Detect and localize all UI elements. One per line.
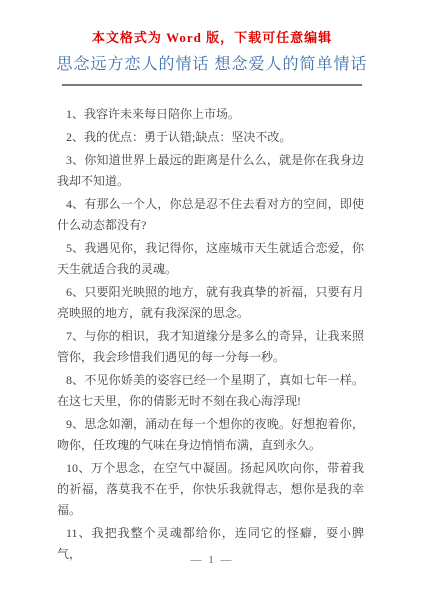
- page-title: 思念远方恋人的情话 想念爱人的简单情话: [0, 54, 424, 76]
- document-page: 本文格式为 Word 版，下载可任意编辑 思念远方恋人的情话 想念爱人的简单情话…: [0, 0, 424, 600]
- list-item-8: 8、不见你娇美的姿容已经一个星期了，真如七年一样。在这七天里，你的倩影无时不刻在…: [57, 370, 364, 412]
- list-item-5: 5、我遇见你，我记得你，这座城市天生就适合恋爱，你天生就适合我的灵魂。: [57, 238, 364, 280]
- list-item-1: 1、我容许未来每日陪你上市场。: [57, 104, 364, 125]
- list-item-7: 7、与你的相识，我才知道缘分是多么的奇异，让我来照管你，我会珍惜我们遇见的每一分…: [57, 326, 364, 368]
- title-divider: [62, 84, 362, 86]
- list-item-9: 9、思念如潮，涌动在每一个想你的夜晚。好想抱着你，吻你，任玫瑰的气味在身边悄悄布…: [57, 414, 364, 456]
- page-number: — 1 —: [0, 554, 424, 566]
- document-body: 1、我容许未来每日陪你上市场。 2、我的优点：勇于认错;缺点：坚决不改。 3、你…: [57, 104, 364, 565]
- list-item-4: 4、有那么一个人，你总是忍不住去看对方的空间，即使什么动态都没有?: [57, 194, 364, 236]
- list-item-2: 2、我的优点：勇于认错;缺点：坚决不改。: [57, 127, 364, 148]
- list-item-6: 6、只要阳光映照的地方，就有我真挚的祈福，只要有月亮映照的地方，就有我深深的思念…: [57, 282, 364, 324]
- list-item-10: 10、万个思念，在空气中凝固。扬起风吹向你，带着我的祈福，落莫我不在乎，你快乐我…: [57, 458, 364, 521]
- list-item-3: 3、你知道世界上最远的距离是什么么，就是你在我身边我却不知道。: [57, 150, 364, 192]
- format-notice: 本文格式为 Word 版，下载可任意编辑: [0, 30, 424, 45]
